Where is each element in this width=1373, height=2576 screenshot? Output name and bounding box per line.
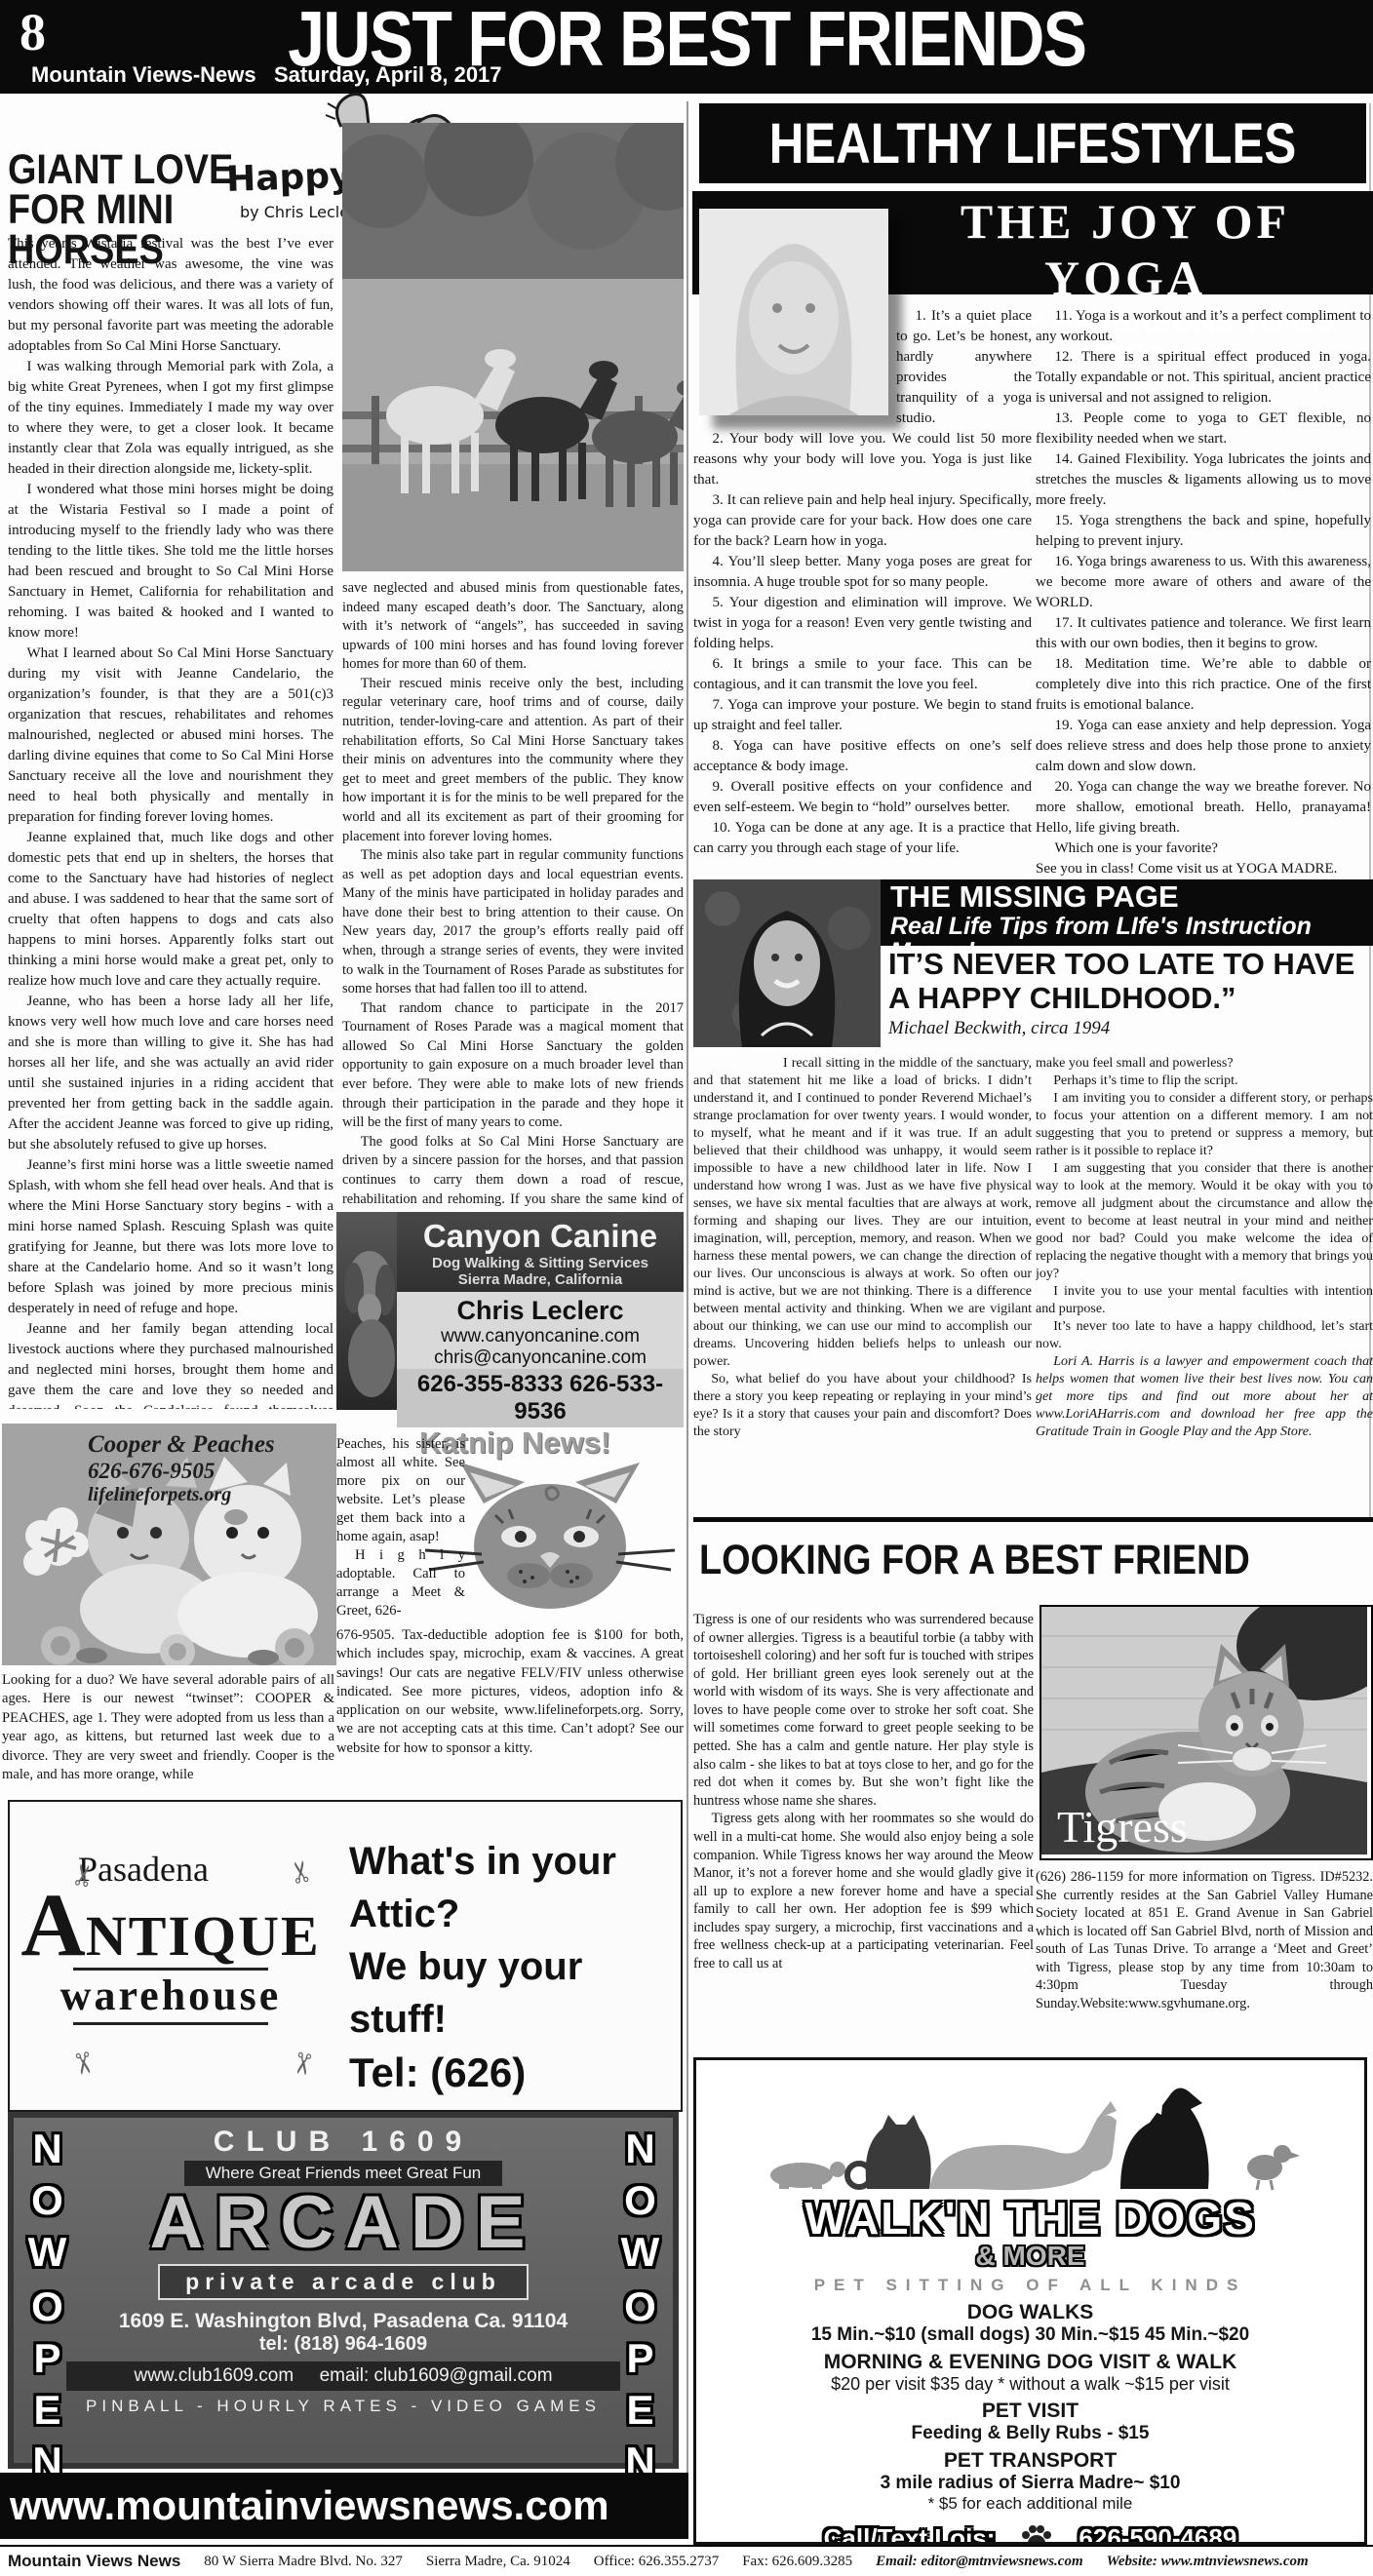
footer-name: Mountain Views News (8, 2552, 180, 2571)
article-paragraph: I recall sitting in the middle of the sa… (693, 1055, 1032, 1371)
yoga-closing: See you in class! Come visit us at YOGA … (1036, 859, 1371, 879)
site-url: www.mountainviewsnews.com (0, 2482, 609, 2529)
arcade-name: ARCADE (8, 2186, 679, 2260)
missing-page-column-1: I recall sitting in the middle of the sa… (693, 1055, 1032, 1513)
katnip-narrow-column: Peaches, his sister, is almost all white… (336, 1435, 465, 1622)
article-paragraph: This year’s Wistaria festival was the be… (8, 234, 333, 357)
caption-website: lifelineforpets.org (88, 1484, 275, 1506)
walkn-dogwalks-prices: 15 Min.~$10 (small dogs) 30 Min.~$15 45 … (696, 2324, 1364, 2346)
tigress-photo: Tigress (1040, 1605, 1373, 1860)
antique-line2: We buy your stuff! (349, 1940, 681, 2046)
walkn-dogwalks-label: DOG WALKS (696, 2301, 1364, 2324)
walkn-contact-row: Call/Text Lois: 626-590-4689 (696, 2521, 1364, 2545)
antique-logo: ✂ ✂ ✂ ✂ Pasadena ANTIQUE warehouse (10, 1802, 332, 2110)
masthead-pub-line: Mountain Views-News Saturday, April 8, 2… (31, 62, 502, 88)
article-paragraph: Perhaps it’s time to flip the script. (1036, 1073, 1373, 1090)
canyon-ad-phones: 626-355-8333 626-533-9536 (397, 1369, 684, 1427)
healthy-banner-title: HEALTHY LIFESTYLES (769, 111, 1297, 176)
article-paragraph: It’s never too late to have a happy chil… (1036, 1318, 1373, 1353)
canyon-ad-contact-panel: Chris Leclerc www.canyoncanine.com chris… (397, 1292, 684, 1369)
yoga-item: 16. Yoga brings awareness to us. With th… (1036, 552, 1371, 613)
yoga-item: 17. It cultivates patience and tolerance… (1036, 613, 1371, 654)
publication-name: Mountain Views-News (31, 62, 256, 87)
walkn-dogs-ad: WALK'N THE DOGS & MORE PET SITTING OF AL… (693, 2057, 1367, 2545)
arcade-web: www.club1609.com (134, 2365, 294, 2386)
footer-email: Email: editor@mtnviewsnews.com (876, 2554, 1082, 2570)
missing-page-attribution: Michael Beckwith, circa 1994 (888, 1018, 1110, 1039)
mini-horses-column-2: save neglected and abused minis from que… (342, 579, 684, 1208)
canyon-ad-email: chris@canyoncanine.com (397, 1347, 684, 1369)
caption-names: Cooper & Peaches (88, 1431, 275, 1459)
walkn-transport-price1: 3 mile radius of Sierra Madre~ $10 (696, 2473, 1364, 2494)
canyon-ad-name: Canyon Canine (397, 1218, 684, 1255)
missing-page-headline: IT’S NEVER TOO LATE TO HAVE A HAPPY CHIL… (888, 948, 1372, 1015)
article-paragraph: Peaches, his sister, is almost all white… (336, 1435, 465, 1546)
katnip-continued-text: 676-9505. Tax-deductible adoption fee is… (336, 1626, 684, 1773)
best-friend-headline: LOOKING FOR A BEST FRIEND (699, 1537, 1325, 1584)
article-paragraph: Tigress is one of our residents who was … (693, 1611, 1034, 1810)
arcade-web-email: www.club1609.com email: club1609@gmail.c… (66, 2361, 620, 2391)
walkn-transport-label: PET TRANSPORT (696, 2449, 1364, 2473)
site-banner: www.mountainviewsnews.com (0, 2473, 688, 2539)
canyon-ad-website: www.canyoncanine.com (397, 1326, 684, 1347)
footer-city: Sierra Madre, Ca. 91024 (426, 2554, 570, 2570)
walkn-call-label: Call/Text Lois: (824, 2523, 996, 2545)
yoga-item: 14. Gained Flexibility. Yoga lubricates … (1036, 449, 1371, 511)
arcade-center: CLUB 1609 Where Great Friends meet Great… (8, 2112, 679, 2416)
healthy-lifestyles-banner: HEALTHY LIFESTYLES (699, 103, 1366, 183)
walkn-phone: 626-590-4689 (1079, 2523, 1236, 2545)
katnip-intro-text: Looking for a duo? We have several adora… (2, 1671, 334, 1790)
caption-phone: 626-676-9505 (88, 1459, 275, 1484)
arcade-now-left: NOW (23, 2126, 70, 2281)
canyon-ad-location: Sierra Madre, California (397, 1271, 684, 1288)
arcade-subname: private arcade club (158, 2264, 529, 2300)
article-paragraph: save neglected and abused minis from que… (342, 579, 684, 675)
walkn-title: WALK'N THE DOGS (696, 2196, 1364, 2241)
walkn-visit-prices: $20 per visit $35 day * without a walk ~… (696, 2374, 1364, 2395)
antique-brand-rest: NTIQUE (86, 1904, 321, 1968)
article-paragraph: Their rescued minis receive only the bes… (342, 675, 684, 846)
article-paragraph: I wondered what those mini horses might … (8, 480, 333, 644)
antique-ad-copy: What's in your Attic? We buy your stuff!… (332, 1802, 681, 2110)
arcade-address: 1609 E. Washington Blvd, Pasadena Ca. 91… (8, 2310, 679, 2333)
missing-page-column-2: make you feel small and powerless? Perha… (1036, 1055, 1373, 1513)
section-rule (693, 1517, 1373, 1522)
walkn-transport-price2: * $5 for each additional mile (696, 2494, 1364, 2514)
article-paragraph: Looking for a duo? We have several adora… (2, 1671, 334, 1784)
canyon-ad-contact: Chris Leclerc (397, 1296, 684, 1326)
yoga-column-1: 1. It’s a quiet place to go. Let’s be ho… (693, 306, 1032, 891)
yoga-closing: Which one is your favorite? (1036, 839, 1371, 859)
masthead-banner: 8 JUST FOR BEST FRIENDS Mountain Views-N… (0, 0, 1373, 94)
scissors-icon: ✂ (283, 2049, 321, 2079)
arcade-open-left: OPEN (23, 2283, 70, 2490)
antique-brand-initial: A (20, 1875, 85, 1974)
article-paragraph: H i g h l y adoptable. Call to arrange a… (336, 1546, 465, 1620)
cooper-peaches-photo: Cooper & Peaches 626-676-9505 lifelinefo… (2, 1424, 336, 1665)
yoga-item: 10. Yoga can be done at any age. It is a… (693, 818, 1032, 859)
paw-icon (1020, 2521, 1053, 2545)
yoga-item: 6. It brings a smile to your face. This … (693, 654, 1032, 695)
pasadena-antique-ad: ✂ ✂ ✂ ✂ Pasadena ANTIQUE warehouse What'… (8, 1800, 683, 2112)
footer-fax: Fax: 626.609.3285 (742, 2554, 852, 2570)
yoga-item: 11. Yoga is a workout and it’s a perfect… (1036, 306, 1371, 347)
walkn-petvisit-label: PET VISIT (696, 2400, 1364, 2423)
walkn-subtitle: & MORE (696, 2241, 1364, 2272)
arcade-open-right: OPEN (616, 2283, 663, 2490)
yoga-item: 19. Yoga can ease anxiety and help depre… (1036, 716, 1371, 777)
article-paragraph: So, what belief do you have about your c… (693, 1371, 1032, 1441)
antique-line1: What's in your Attic? (349, 1835, 681, 1940)
missing-page-author-photo (693, 879, 881, 1047)
yoga-item: 20. Yoga can change the way we breathe f… (1036, 777, 1371, 839)
yoga-item: 5. Your digestion and elimination will i… (693, 593, 1032, 654)
article-paragraph: Jeanne’s first mini horse was a little s… (8, 1155, 333, 1319)
yoga-item: 13. People come to yoga to GET flexible,… (1036, 409, 1371, 449)
column-divider (686, 101, 688, 2539)
walkn-tagline: PET SITTING OF ALL KINDS (696, 2276, 1364, 2295)
antique-brand-bottom: warehouse (10, 1971, 332, 2020)
article-paragraph: I invite you to use your mental facultie… (1036, 1283, 1373, 1318)
page-footer: Mountain Views News 80 W Sierra Madre Bl… (0, 2545, 1373, 2576)
yoga-item: 18. Meditation time. We’re able to dabbl… (1036, 654, 1371, 716)
yoga-item: 15. Yoga strengthens the back and spine,… (1036, 511, 1371, 552)
yoga-column-2: 11. Yoga is a workout and it’s a perfect… (1036, 306, 1371, 891)
article-paragraph: Jeanne explained that, much like dogs an… (8, 828, 333, 992)
yoga-item: 9. Overall positive effects on your conf… (693, 777, 1032, 818)
bloodhound-photo (336, 1212, 397, 1410)
pets-silhouettes-icon (758, 2066, 1304, 2191)
footer-office: Office: 626.355.2737 (594, 2554, 719, 2570)
footer-website: Website: www.mtnviewsnews.com (1107, 2554, 1309, 2570)
article-paragraph: I was walking through Memorial park with… (8, 357, 333, 480)
tigress-photo-caption: Tigress (1057, 1801, 1188, 1853)
canyon-ad-header: Canyon Canine Dog Walking & Sitting Serv… (397, 1212, 684, 1292)
walkn-petvisit-prices: Feeding & Belly Rubs - $15 (696, 2423, 1364, 2444)
mini-horses-photo (342, 123, 684, 571)
cooper-peaches-caption: Cooper & Peaches 626-676-9505 lifelinefo… (88, 1431, 275, 1506)
arcade-tel: tel: (818) 964-1609 (8, 2333, 679, 2356)
arcade-now-right: NOW (616, 2126, 663, 2281)
walkn-visit-label: MORNING & EVENING DOG VISIT & WALK (696, 2351, 1364, 2374)
yoga-item: 7. Yoga can improve your posture. We beg… (693, 695, 1032, 736)
article-paragraph: I am inviting you to consider a differen… (1036, 1090, 1373, 1160)
article-paragraph: make you feel small and powerless? (1036, 1055, 1373, 1073)
article-paragraph: The minis also take part in regular comm… (342, 846, 684, 999)
issue-date: Saturday, April 8, 2017 (274, 62, 502, 87)
arcade-email: email: club1609@gmail.com (320, 2365, 553, 2386)
article-paragraph: I am suggesting that you consider that t… (1036, 1160, 1373, 1283)
mini-horses-column-1: This year’s Wistaria festival was the be… (8, 234, 333, 1409)
yoga-item: 3. It can relieve pain and help heal inj… (693, 490, 1032, 552)
missing-page-title: THE MISSING PAGE (890, 881, 1373, 914)
photo-wrap-spacer (693, 306, 896, 425)
canyon-canine-ad: Canyon Canine Dog Walking & Sitting Serv… (336, 1212, 684, 1410)
yoga-item: 8. Yoga can have positive effects on one… (693, 736, 1032, 777)
missing-page-banner: THE MISSING PAGE Real Life Tips from LIf… (881, 879, 1373, 946)
article-paragraph: Tigress gets along with her roommates so… (693, 1810, 1034, 1972)
yoga-item: 2. Your body will love you. We could lis… (693, 429, 1032, 490)
scissors-icon: ✂ (63, 2049, 101, 2079)
article-paragraph: (626) 286-1159 for more information on T… (1036, 1868, 1373, 2013)
yoga-item: 12. There is a spiritual effect produced… (1036, 347, 1371, 409)
article-paragraph: That random chance to participate in the… (342, 999, 684, 1133)
article-paragraph: Jeanne, who has been a horse lady all he… (8, 992, 333, 1155)
article-paragraph: Jeanne and her family began attending lo… (8, 1319, 333, 1409)
article-paragraph: 676-9505. Tax-deductible adoption fee is… (336, 1626, 684, 1758)
newspaper-page: 8 JUST FOR BEST FRIENDS Mountain Views-N… (0, 0, 1373, 2576)
article-paragraph: What I learned about So Cal Mini Horse S… (8, 644, 333, 828)
canyon-ad-service: Dog Walking & Sitting Services (397, 1255, 684, 1271)
arcade-club-ad: NOW OPEN NOW OPEN CLUB 1609 Where Great … (8, 2112, 679, 2469)
yoga-item: 4. You’ll sleep better. Many yoga poses … (693, 552, 1032, 593)
arcade-footer-line: PINBALL - HOURLY RATES - VIDEO GAMES (8, 2397, 679, 2416)
best-friend-column-2: (626) 286-1159 for more information on T… (1036, 1868, 1373, 2046)
author-bio: Lori A. Harris is a lawyer and empowerme… (1036, 1353, 1373, 1441)
arcade-club-name: CLUB 1609 (8, 2126, 679, 2159)
article-paragraph: The good folks at So Cal Mini Horse Sanc… (342, 1133, 684, 1208)
best-friend-column-1: Tigress is one of our residents who was … (693, 1611, 1034, 2042)
footer-address: 80 W Sierra Madre Blvd. No. 327 (204, 2554, 403, 2570)
